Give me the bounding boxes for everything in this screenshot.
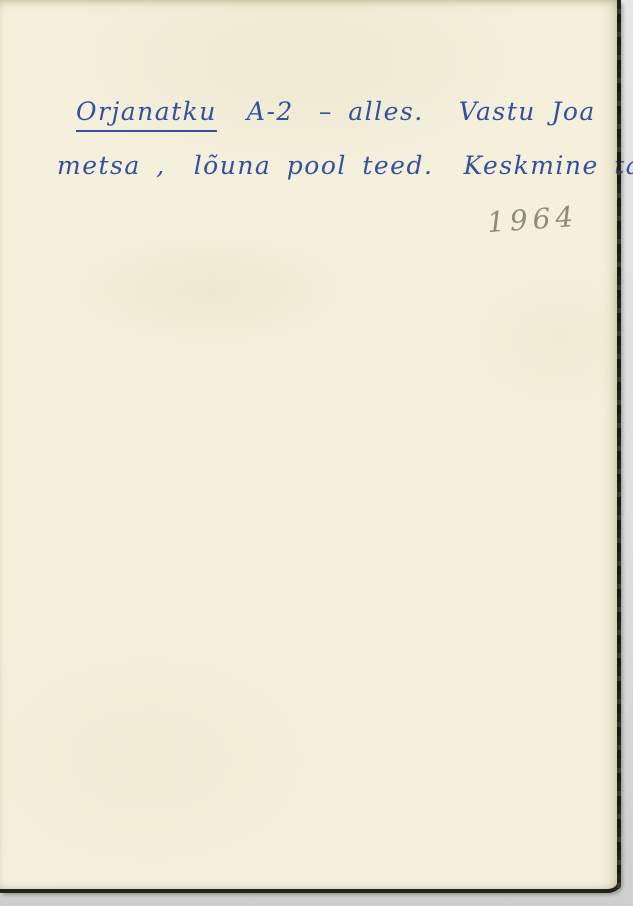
note-line-2: metsa , lõuna pool teed. Keskmine talu. bbox=[57, 151, 633, 180]
note-status-segment: – alles. bbox=[319, 97, 424, 126]
deckled-edge bbox=[617, 0, 621, 889]
note-line-1: Orjanatku A-2 – alles. Vastu Joa bbox=[76, 97, 596, 132]
note-code-segment: A-2 bbox=[247, 97, 294, 126]
note-segment-metsa: metsa , bbox=[57, 151, 166, 180]
year-pencil-annotation: 1964 bbox=[486, 200, 579, 239]
scanner-background: Orjanatku A-2 – alles. Vastu Joa metsa ,… bbox=[0, 0, 633, 906]
scanned-card: Orjanatku A-2 – alles. Vastu Joa metsa ,… bbox=[0, 0, 621, 893]
note-tail-segment: Vastu Joa bbox=[459, 97, 596, 126]
note-segment-keskmine: Keskmine talu. bbox=[463, 151, 633, 180]
farm-name-underlined: Orjanatku bbox=[76, 97, 217, 132]
note-segment-louna: lõuna pool teed. bbox=[194, 151, 434, 180]
